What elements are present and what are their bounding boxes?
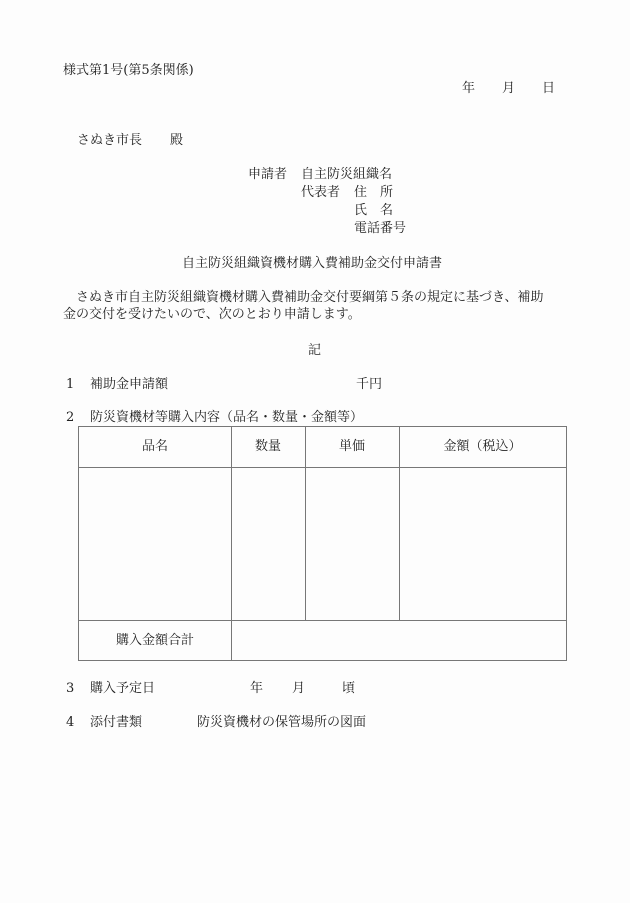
item-2-label: 防災資機材等購入内容（品名・数量・金額等） <box>90 410 363 426</box>
item-3-year: 年 <box>250 681 263 697</box>
header-divider <box>79 467 566 468</box>
header-quantity: 数量 <box>231 439 305 455</box>
date-month-label: 月 <box>502 81 515 97</box>
item-3-suffix: 頃 <box>342 681 355 697</box>
item-3-label: 購入予定日 <box>90 681 155 697</box>
total-divider <box>79 620 566 621</box>
form-number: 様式第1号(第5条関係) <box>63 63 194 79</box>
ki-label: 記 <box>308 343 321 359</box>
total-label: 購入金額合計 <box>79 633 231 649</box>
header-item-name: 品名 <box>79 439 231 455</box>
representative-label: 代表者 <box>301 185 340 201</box>
col-divider-2 <box>305 427 306 620</box>
body-line-1: さぬき市自主防災組織資機材購入費補助金交付要綱第５条の規定に基づき、補助 <box>63 290 543 306</box>
item-2-number: 2 <box>66 410 74 426</box>
item-4-label: 添付書類 <box>90 715 142 731</box>
item-3-month: 月 <box>292 681 305 697</box>
item-4-value: 防災資機材の保管場所の図面 <box>197 715 366 731</box>
body-line-2: 金の交付を受けたいので、次のとおり申請します。 <box>63 307 361 323</box>
org-name-label: 自主防災組織名 <box>301 167 392 183</box>
date-year-label: 年 <box>462 81 475 97</box>
item-3-number: 3 <box>66 681 74 697</box>
item-1-unit: 千円 <box>356 377 382 393</box>
header-unit-price: 単価 <box>305 439 399 455</box>
document-title: 自主防災組織資機材購入費補助金交付申請書 <box>182 256 442 272</box>
item-4-number: 4 <box>66 715 74 731</box>
col-divider-1 <box>231 427 232 660</box>
phone-label: 電話番号 <box>354 221 406 237</box>
name-label: 氏 名 <box>354 203 393 219</box>
addressee-honorific: 殿 <box>170 133 183 149</box>
applicant-label: 申請者 <box>248 167 287 183</box>
item-1-number: 1 <box>66 377 74 393</box>
purchase-table: 品名 数量 単価 金額（税込） 購入金額合計 <box>78 426 567 661</box>
addressee-name: さぬき市長 <box>77 133 142 149</box>
header-amount: 金額（税込） <box>399 439 566 455</box>
item-1-label: 補助金申請額 <box>90 377 168 393</box>
date-day-label: 日 <box>542 81 555 97</box>
col-divider-3 <box>399 427 400 620</box>
address-label: 住 所 <box>354 185 393 201</box>
